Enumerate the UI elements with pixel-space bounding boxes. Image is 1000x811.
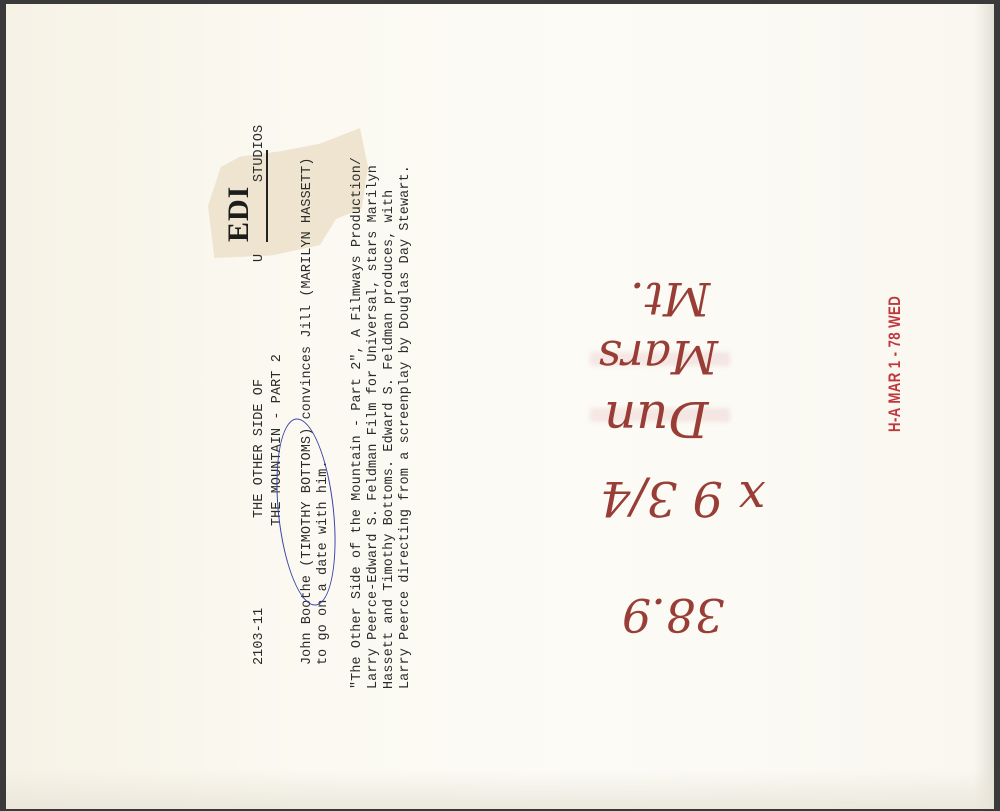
handwritten-note-mars: Mars <box>598 330 718 384</box>
credit-line-1: "The Other Side of the Mountain - Part 2… <box>350 157 366 689</box>
date-stamp: H-A MAR 1 - 78 WED <box>885 296 905 432</box>
handwritten-size: x 9 3/4 <box>600 470 765 526</box>
handwritten-code: 38.9 <box>622 588 724 642</box>
credit-line-4: Larry Peerce directing from a screenplay… <box>398 165 414 689</box>
title-line-1: THE OTHER SIDE OF <box>252 379 268 518</box>
handwritten-note-dun: Dun <box>604 390 709 448</box>
credit-line-3: Hassett and Timothy Bottoms. Edward S. F… <box>382 190 398 689</box>
clipping-label: EDI <box>222 186 256 242</box>
studio-prefix: U <box>252 254 268 262</box>
handwritten-note-mt: Mt. <box>630 272 710 326</box>
credit-line-2: Larry Peerce-Edward S. Feldman Film for … <box>366 165 382 689</box>
studio-line: STUDIOS <box>252 125 268 182</box>
caption-number: 2103-11 <box>252 608 268 665</box>
photo-back-sheet <box>6 4 994 809</box>
